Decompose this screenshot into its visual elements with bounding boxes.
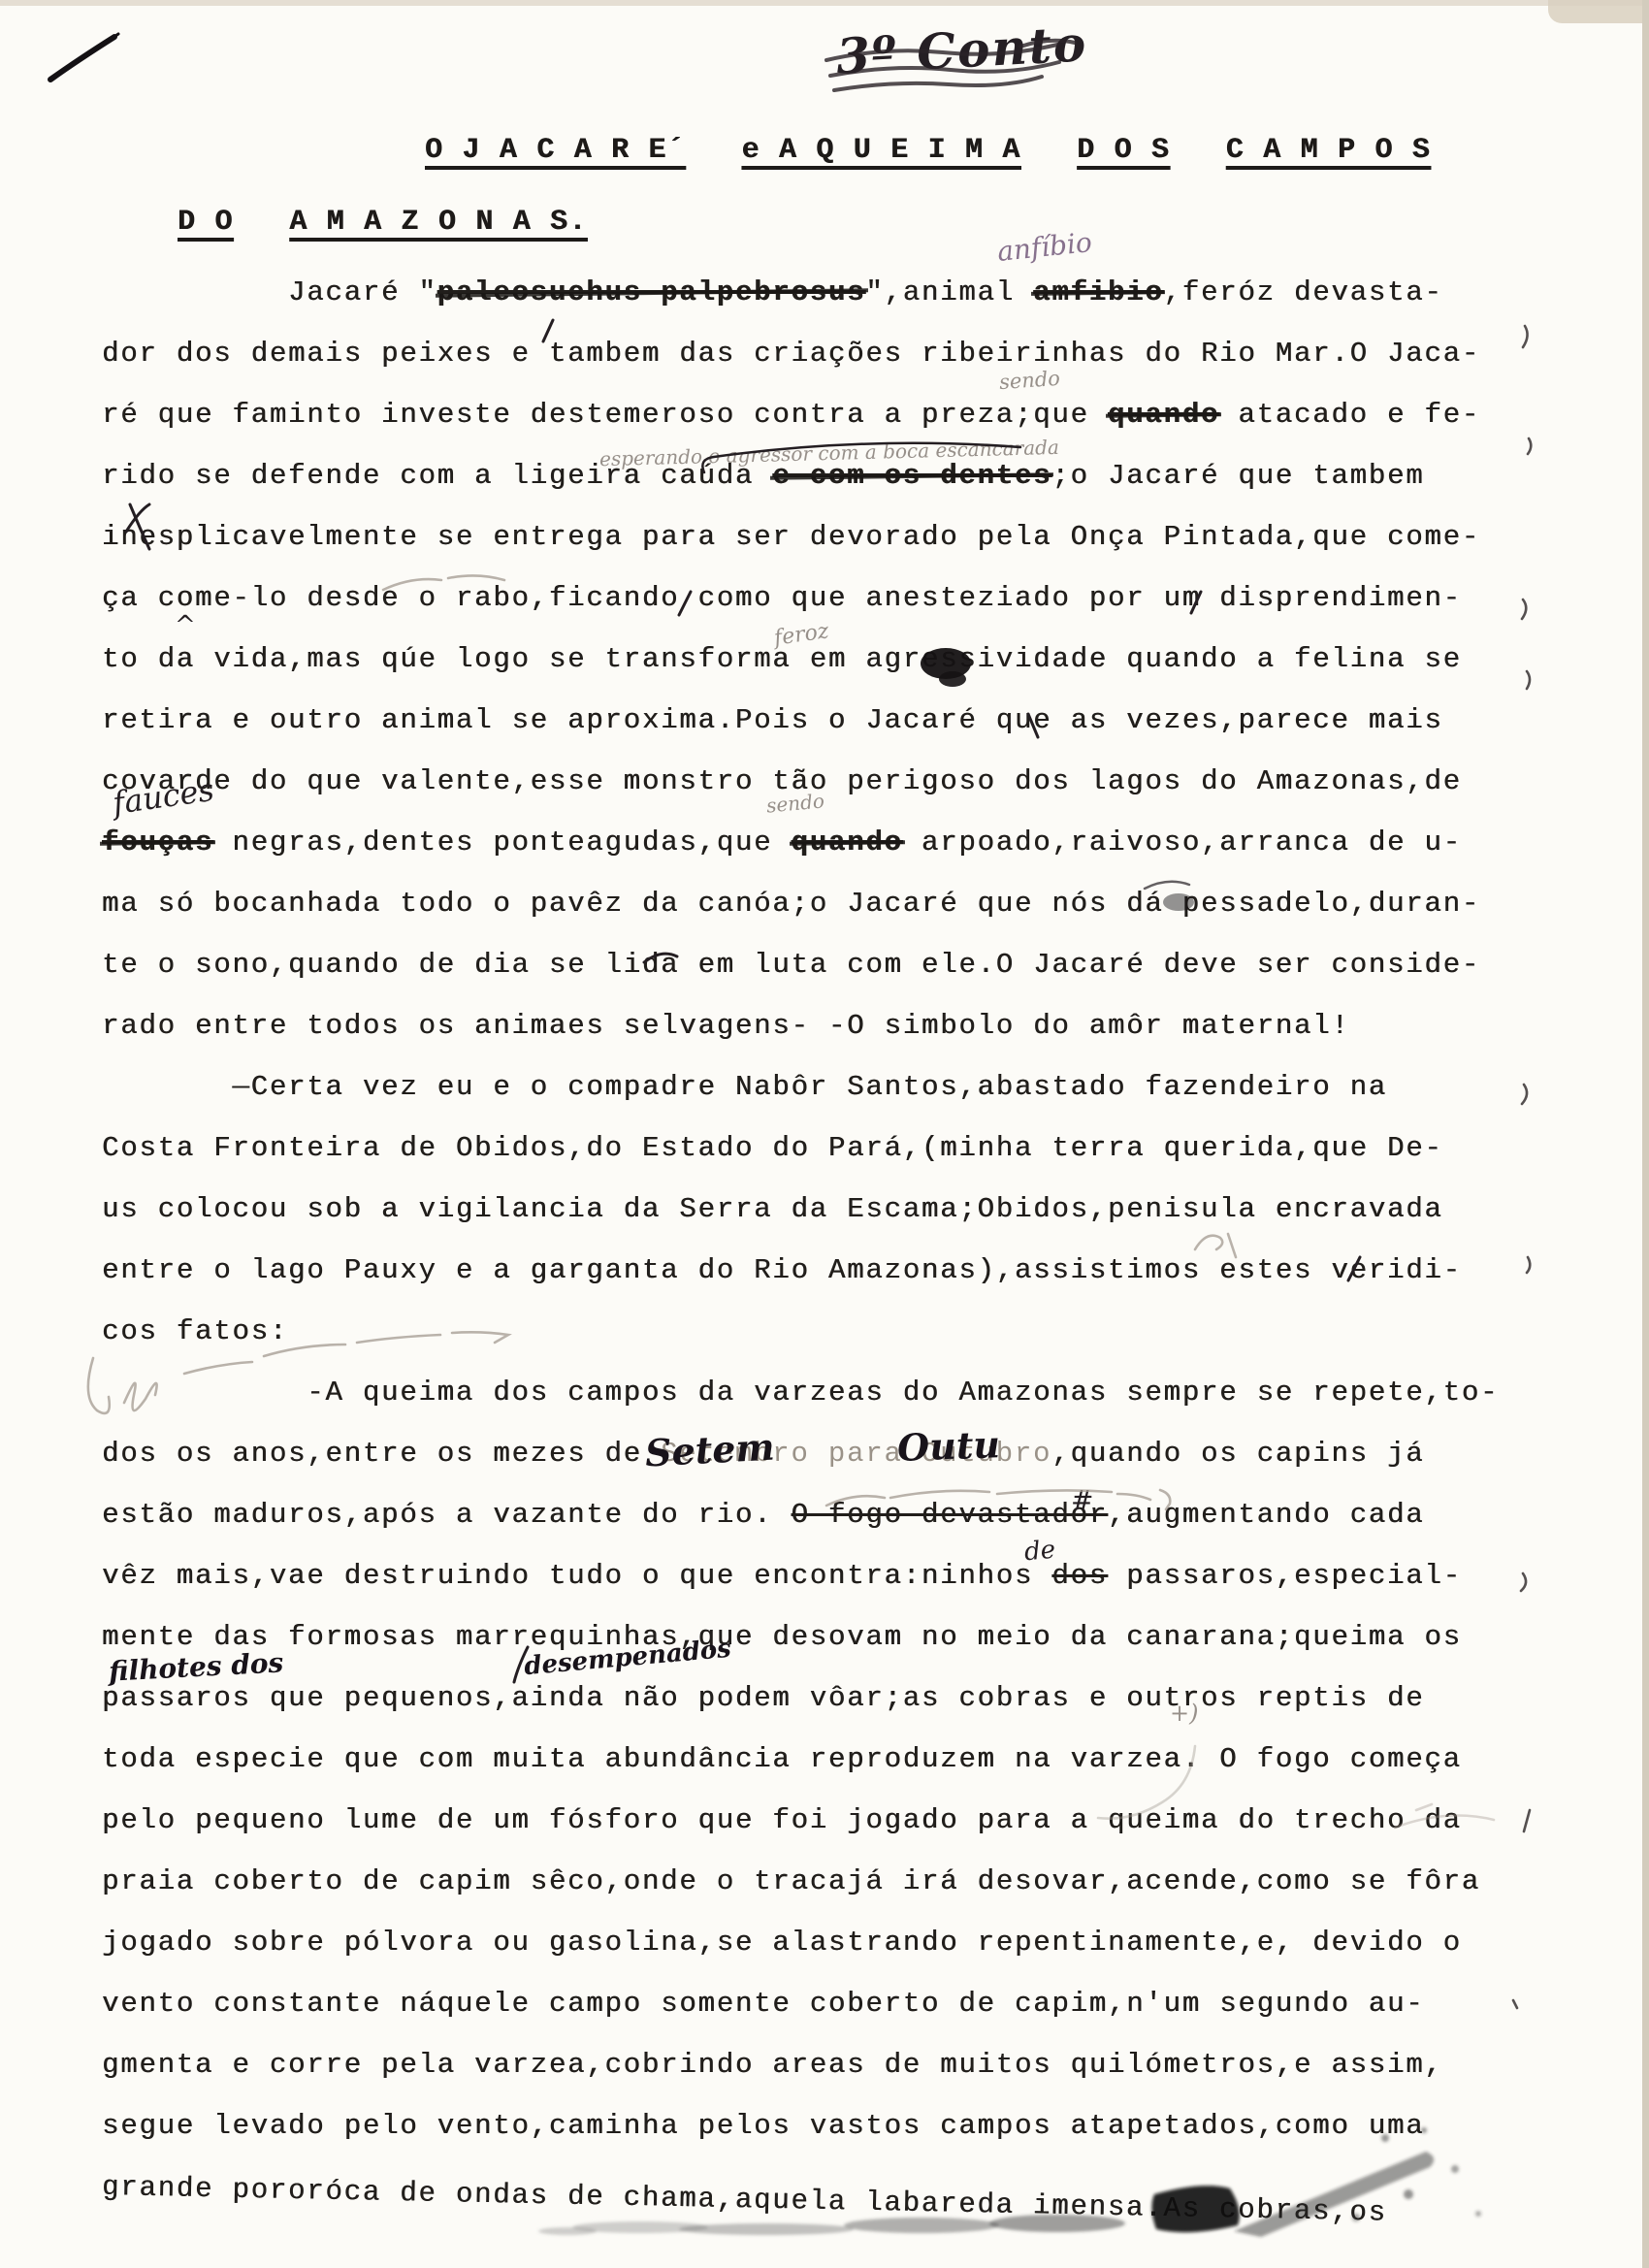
typed-line: jogado sobre pólvora ou gasolina,se alas… [102,1912,1557,1973]
document-title-line1: O J A C A R E´ e A Q U E I M A D O S C A… [425,134,1431,167]
typed-text-segment: vento constante náquele campo somente co… [102,1988,1424,2020]
typed-line: Costa Fronteira de Obidos,do Estado do P… [102,1118,1557,1179]
typed-text-segment: —Certa vez eu e o compadre Nabôr Santos,… [102,1071,1387,1103]
typed-text-segment: ;o Jacaré que tambem [1051,460,1424,492]
handwritten-annotation: Setem [644,1425,776,1475]
typed-line: retira e outro animal se aproxima.Pois o… [102,690,1557,751]
typed-text-segment: mente das formosas marrequinhas,que deso… [102,1621,1462,1653]
typed-text-segment: passaros que pequenos,ainda não podem vô… [102,1682,1424,1714]
scan-edge-top [0,0,1649,6]
typed-line: —Certa vez eu e o compadre Nabôr Santos,… [102,1056,1557,1118]
title-word-group: C A M P O S [1226,134,1431,167]
typed-line: Jacaré "paleosuchus palpebrosus",animal … [102,262,1557,323]
handwritten-annotation: ^ [175,611,196,640]
typed-line: inesplicavelmente se entrega para ser de… [102,506,1557,567]
typed-line: dor dos demais peixes e tambem das criaç… [102,323,1557,384]
typed-line: cos fatos: [102,1301,1557,1362]
typed-line: us colocou sob a vigilancia da Serra da … [102,1179,1557,1240]
typed-line: entre o lago Pauxy e a garganta do Rio A… [102,1240,1557,1301]
typed-text-segment: cos fatos: [102,1315,288,1347]
typed-line: toda especie que com muita abundância re… [102,1729,1557,1790]
typed-text-segment: ,quando os capins já [1051,1438,1424,1470]
title-word-group: O J A C A R E´ [425,134,686,167]
title-word-group: D O [178,206,234,239]
typed-text-segment: praia coberto de capim sêco,onde o traca… [102,1865,1480,1897]
typed-line: vêz mais,vae destruindo tudo o que encon… [102,1545,1557,1606]
handwritten-annotation: Outu [896,1422,1000,1470]
handwritten-annotation: de [1023,1536,1057,1568]
typed-line: mente das formosas marrequinhas,que deso… [102,1606,1557,1668]
typed-text-segment: pelo pequeno lume de um fósforo que foi … [102,1804,1462,1836]
typed-line: estão maduros,após a vazante do rio. O f… [102,1484,1557,1545]
typed-text-segment: ,augmentando cada [1108,1499,1424,1531]
typed-text-segment: entre o lago Pauxy e a garganta do Rio A… [102,1254,1462,1286]
typed-text-segment: Jacaré " [102,276,437,308]
typed-text-segment: gmenta e corre pela varzea,cobrindo area… [102,2049,1443,2081]
pen-stroke-top-left [50,34,118,80]
title-word-group: A M A Z O N A S. [289,206,587,239]
handwritten-annotation: sendo [998,367,1060,394]
struck-text: amfibio [1033,276,1163,308]
typed-text-segment: ,feróz devasta- [1164,276,1443,308]
typed-text-segment: vêz mais,vae destruindo tudo o que encon… [102,1560,1051,1592]
typed-text-segment: Costa Fronteira de Obidos,do Estado do P… [102,1132,1443,1164]
typed-line: -A queima dos campos da varzeas do Amazo… [102,1362,1557,1423]
typed-line: pelo pequeno lume de um fósforo que foi … [102,1790,1557,1851]
typed-text-segment: us colocou sob a vigilancia da Serra da … [102,1193,1443,1225]
typed-text-segment: passaros,especial- [1108,1560,1462,1592]
typed-text-segment: negras,dentes ponteagudas,que [213,826,791,859]
typed-text-segment: toda especie que com muita abundância re… [102,1743,1462,1775]
typed-text-segment: dor dos demais peixes e tambem das criaç… [102,338,1480,370]
struck-text: O fogo devastador [792,1499,1108,1531]
typed-text: Jacaré "paleosuchus palpebrosus",animal … [102,262,1557,2218]
typed-line: segue levado pelo vento,caminha pelos va… [102,2095,1557,2156]
typed-text-segment: segue levado pelo vento,caminha pelos va… [102,2110,1424,2142]
typed-line: fouças negras,dentes ponteagudas,que qua… [102,812,1557,873]
struck-text: quando [1108,399,1219,431]
typed-text-segment: te o sono,quando de dia se lida em luta … [102,949,1480,981]
typed-text-segment: dos os anos,entre os mezes de [102,1438,661,1470]
title-word-group: D O S [1077,134,1170,167]
typed-text-segment: arpoado,raivoso,arranca de u- [903,826,1462,859]
struck-text: quando [792,826,903,859]
typed-text-segment: grande pororóca de ondas de chama,aquela… [102,2171,1387,2229]
handwritten-annotation: # [1071,1484,1093,1516]
document-title-line2: D O A M A Z O N A S. [178,206,587,239]
typed-line: covarde do que valente,esse monstro tão … [102,751,1557,812]
typed-text-segment: ",animal [865,276,1033,308]
typed-text-segment: ré que faminto investe destemeroso contr… [102,399,1108,431]
typed-text-segment: ma só bocanhada todo o pavêz da canóa;o … [102,888,1480,920]
struck-text: fouças [102,826,213,859]
typed-text-segment: retira e outro animal se aproxima.Pois o… [102,704,1443,736]
typed-line: ça come-lo desde o rabo,ficando como que… [102,567,1557,629]
typed-line: praia coberto de capim sêco,onde o traca… [102,1851,1557,1912]
typed-line: gmenta e corre pela varzea,cobrindo area… [102,2034,1557,2095]
struck-text: dos [1051,1560,1108,1592]
struck-text: paleosuchus palpebrosus [437,276,866,308]
typed-text-segment: estão maduros,após a vazante do rio. [102,1499,792,1531]
typed-text-segment: atacado e fe- [1219,399,1480,431]
typed-line: passaros que pequenos,ainda não podem vô… [102,1668,1557,1729]
scan-edge-right [1642,0,1649,2268]
handwritten-annotation: +) [1170,1700,1198,1727]
scan-edge-corner [1548,0,1649,23]
typed-text-segment: ça come-lo desde o rabo,ficando como que… [102,582,1462,614]
typed-text-segment: inesplicavelmente se entrega para ser de… [102,521,1480,553]
typed-line: ma só bocanhada todo o pavêz da canóa;o … [102,873,1557,934]
typed-text-segment: jogado sobre pólvora ou gasolina,se alas… [102,1927,1462,1959]
typed-line: rado entre todos os animaes selvagens- -… [102,995,1557,1056]
title-word-group: e A Q U E I M A [741,134,1020,167]
handwritten-page-note: 3º Conto [835,15,1089,84]
scanned-manuscript-page: 3º Conto O J A C A R E´ e A Q U E I M A … [0,0,1649,2268]
typed-line: grande pororóca de ondas de chama,aquela… [101,2156,1557,2247]
typed-text-segment: -A queima dos campos da varzeas do Amazo… [102,1377,1499,1409]
typed-line: ré que faminto investe destemeroso contr… [102,384,1557,445]
typed-line: dos os anos,entre os mezes de Setembro p… [102,1423,1557,1484]
typed-line: vento constante náquele campo somente co… [102,1973,1557,2034]
typed-text-segment: rado entre todos os animaes selvagens- -… [102,1010,1350,1042]
typed-line: te o sono,quando de dia se lida em luta … [102,934,1557,995]
